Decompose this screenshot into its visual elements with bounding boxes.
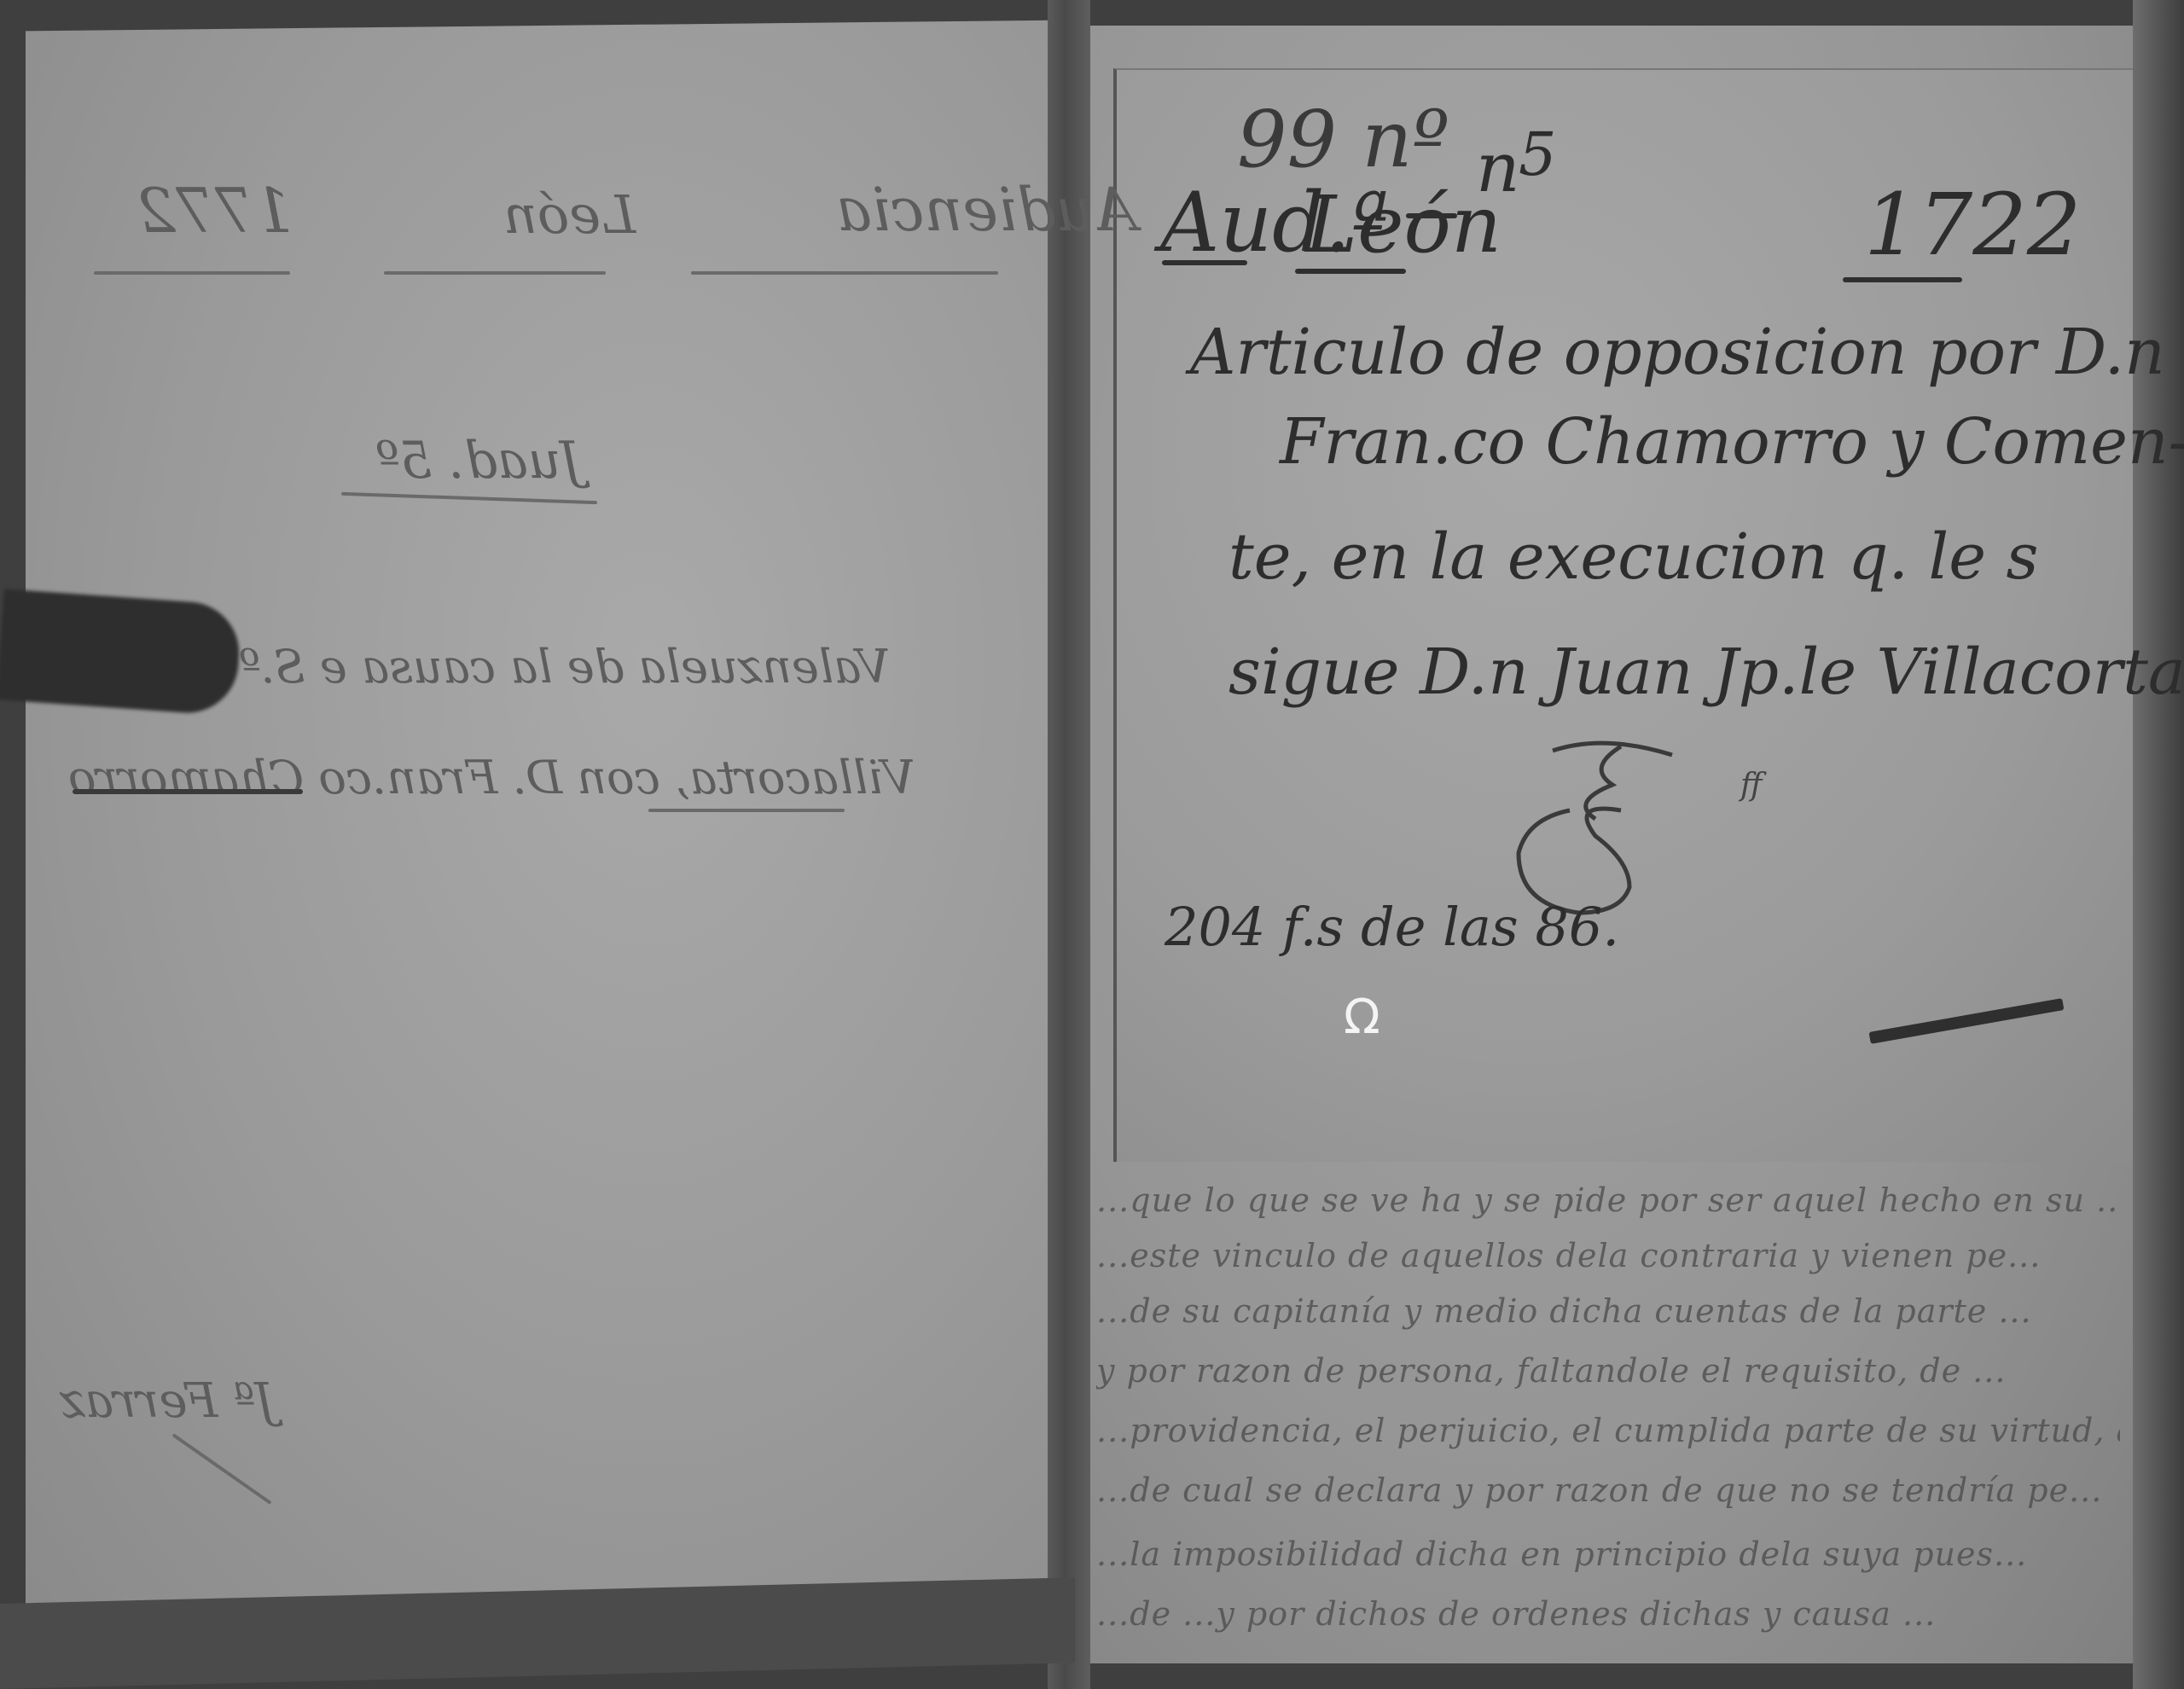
body-line-4: y por razon de persona, faltandole el re… — [1096, 1352, 2120, 1390]
white-marker: Ω — [1344, 990, 1380, 1045]
body-line-8: ...de ...y por dichos de ordenes dichas … — [1096, 1595, 2120, 1633]
title-line-1: Articulo de opposicion por D.n — [1190, 316, 2165, 389]
right-header-number-prefix: n — [1476, 128, 1520, 207]
right-header-underline-1 — [1162, 260, 1247, 265]
title-line-3: te, en la execucion q. le s — [1228, 520, 2039, 594]
left-header-underline-2 — [384, 271, 606, 275]
left-header-underline-1 — [94, 271, 290, 275]
body-line-6: ...de cual se declara y por razon de que… — [1096, 1471, 2120, 1509]
thumb-shadow — [0, 589, 242, 716]
left-title-underline-2 — [648, 809, 845, 812]
right-header-underline-number — [1406, 213, 1457, 218]
left-header-year: 1772 — [136, 175, 293, 247]
left-title-line-1: Valenzuela de la causa e S.º — [239, 640, 890, 694]
title-line-4: sigue D.n Juan Jp.le Villacorta — [1228, 636, 2184, 709]
right-edge-shadow — [2133, 0, 2184, 1689]
body-line-3: ...de su capitanía y medio dicha cuentas… — [1096, 1292, 2120, 1330]
paraph-note: ff — [1740, 768, 1763, 803]
right-header-place: León — [1305, 179, 1501, 270]
title-line-2: Fran.co Chamorro y Comen- — [1280, 405, 2184, 479]
left-bundle-label: Juad. 5º — [375, 431, 581, 490]
left-title-line-2: Villacorta, con D. Fran.co Chamorro — [68, 751, 915, 804]
right-header-year: 1722 — [1864, 175, 2082, 275]
folio-note: 204 f.s de las 86. — [1165, 896, 1619, 958]
right-header-number: 5 — [1519, 119, 1557, 189]
left-header-place: León — [503, 183, 636, 246]
right-header-underline-3 — [1843, 277, 1962, 282]
left-header-audiencia: Audiencia — [836, 175, 1137, 245]
body-line-7: ...la imposibilidad dicha en principio d… — [1096, 1535, 2120, 1573]
body-line-2: ...este vinculo de aquellos dela contrar… — [1096, 1237, 2120, 1274]
left-header-underline-3 — [691, 271, 998, 275]
left-signature: Jª Ferraz — [60, 1373, 275, 1429]
right-header-superscript: 99 nº — [1237, 94, 1449, 185]
paraph-flourish-icon — [1501, 717, 1723, 921]
body-line-1: ...que lo que se ve ha y se pide por ser… — [1096, 1181, 2120, 1219]
book-gutter — [1048, 0, 1090, 1689]
body-line-5: ...providencia, el perjuicio, el cumplid… — [1096, 1412, 2120, 1449]
left-title-underline — [73, 789, 303, 794]
right-header-underline-2 — [1295, 269, 1406, 274]
